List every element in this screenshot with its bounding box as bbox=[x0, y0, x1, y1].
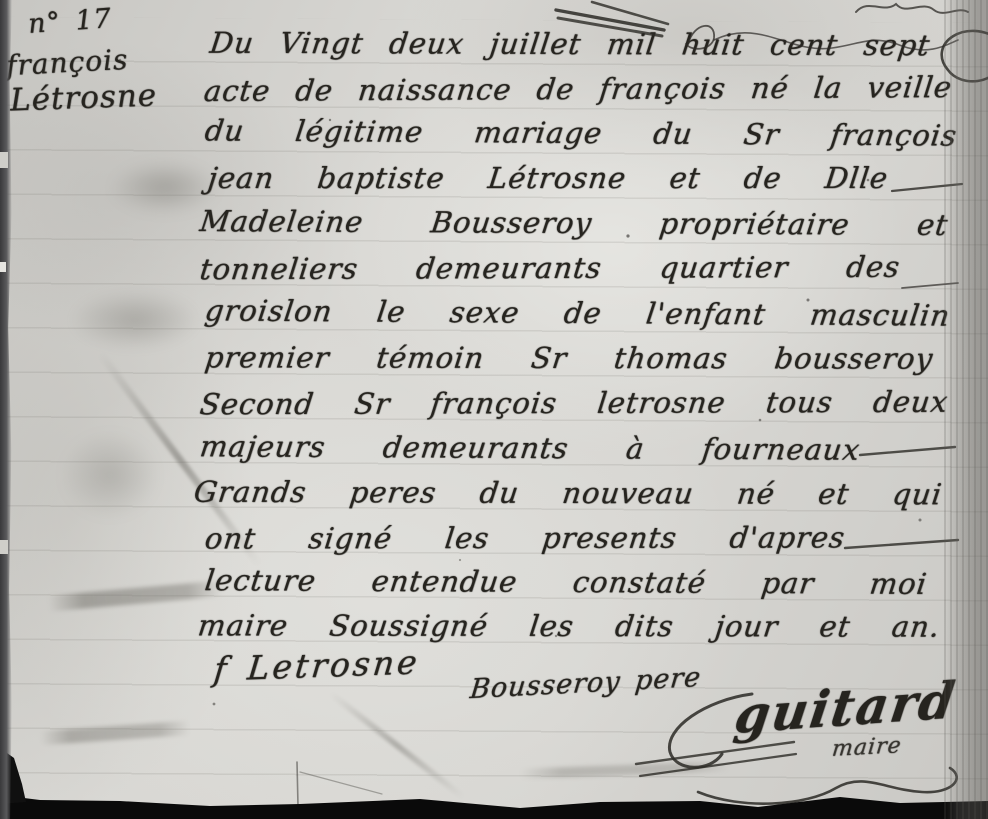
manuscript-line: Du Vingt deux juillet mil huit cent sept bbox=[207, 24, 932, 66]
signature-title-maire: maire bbox=[831, 733, 903, 762]
margin-act-number: n° 17 bbox=[27, 3, 113, 40]
manuscript-line: acte de naissance de françois né la veil… bbox=[202, 68, 955, 112]
signature-letrosne: f Letrosne bbox=[212, 642, 422, 688]
binding-notch bbox=[0, 262, 6, 272]
signature-guitard: guitard bbox=[731, 670, 960, 745]
margin-surname: Létrosne bbox=[9, 77, 157, 118]
manuscript-line: premier témoin Sr thomas bousseroy bbox=[203, 338, 936, 379]
manuscript-page: n° 17 françois Létrosne Du Vingt deux ju… bbox=[0, 0, 988, 819]
manuscript-line: tonneliers demeurants quartier des bbox=[198, 248, 903, 290]
manuscript-line: groislon le sexe de l'enfant masculin bbox=[202, 291, 952, 336]
binding-notch bbox=[0, 152, 8, 168]
manuscript-line: du légitime mariage du Sr françois bbox=[202, 111, 959, 156]
manuscript-line: lecture entendue constaté par moi bbox=[202, 561, 929, 605]
manuscript-line: Grands peres du nouveau né et qui bbox=[191, 473, 944, 516]
margin-given-name: françois bbox=[5, 43, 129, 82]
manuscript-line: Madeleine Bousseroy propriétaire et bbox=[197, 202, 950, 246]
signature-bousseroy: Bousseroy pere bbox=[469, 662, 703, 705]
manuscript-line: jean baptiste Létrosne et de Dlle bbox=[206, 159, 891, 199]
handwriting-layer: n° 17 françois Létrosne Du Vingt deux ju… bbox=[0, 0, 988, 819]
manuscript-line: ont signé les presents d'apres bbox=[203, 518, 848, 559]
binding-notch bbox=[0, 540, 8, 554]
manuscript-line: maire Soussigné les dits jour et an. bbox=[196, 606, 943, 647]
manuscript-line: majeurs demeurants à fourneaux bbox=[197, 427, 862, 470]
page-right-edge bbox=[944, 0, 988, 819]
binding-edge bbox=[0, 0, 12, 819]
manuscript-line: Second Sr françois letrosne tous deux bbox=[198, 383, 951, 426]
